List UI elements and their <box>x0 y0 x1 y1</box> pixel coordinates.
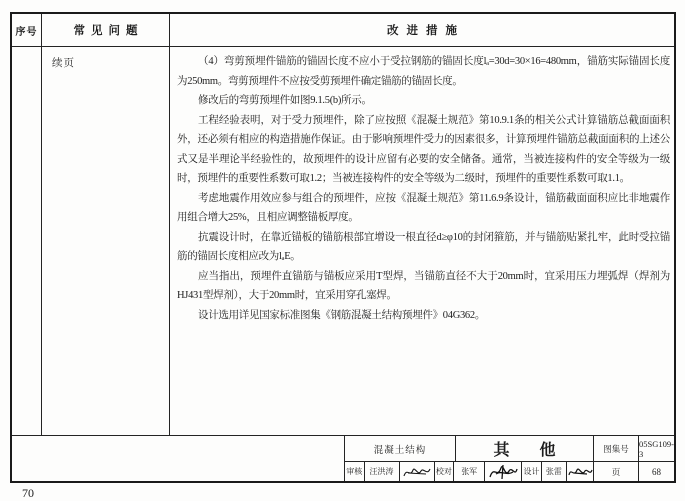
table-body-row: 续页 （4）弯剪预埋件锚筋的锚固长度不应小于受拉钢筋的锚固长度lₐ=30d=30… <box>12 47 674 435</box>
header-common-problems: 常见问题 <box>42 14 170 46</box>
signature-row: 审核 汪洪涛 校对 张军 设计 张雷 <box>345 462 594 481</box>
title-block-right: 混凝土结构 其 他 图集号 05SG109-3 审核 汪洪涛 校对 张军 <box>345 436 674 481</box>
measures-cell: （4）弯剪预埋件锚筋的锚固长度不应小于受拉钢筋的锚固长度lₐ=30d=30×16… <box>170 47 674 435</box>
measure-paragraph: 工程经验表明，对于受力预埋件，除了应按照《混凝土规范》第10.9.1条的相关公式… <box>177 111 670 189</box>
atlas-number: 05SG109-3 <box>639 436 674 461</box>
reviewer-signature-scribble <box>400 462 435 481</box>
measure-paragraph: 修改后的弯剪预埋件如图9.1.5(b)所示。 <box>177 91 670 111</box>
section-title: 其 他 <box>456 436 594 461</box>
proofreader-signature-scribble <box>485 462 522 481</box>
table-header-row: 序号 常见问题 改进措施 <box>12 14 674 47</box>
reviewer-name: 汪洪涛 <box>365 462 400 481</box>
designer-label: 设计 <box>522 462 541 481</box>
seq-cell <box>12 47 42 435</box>
header-improvement-measures: 改进措施 <box>170 14 674 46</box>
document-table-frame: 序号 常见问题 改进措施 续页 （4）弯剪预埋件锚筋的锚固长度不应小于受拉钢筋的… <box>10 12 676 483</box>
title-block-bottom-row: 审核 汪洪涛 校对 张军 设计 张雷 <box>345 462 674 481</box>
designer-signature-scribble <box>567 462 594 481</box>
reviewer-label: 审核 <box>345 462 364 481</box>
designer-name: 张雷 <box>542 462 567 481</box>
measure-paragraph: 应当指出，预埋件直锚筋与锚板应采用T型焊，当锚筋直径不大于20mm时，宜采用压力… <box>177 267 670 306</box>
discipline-label: 混凝土结构 <box>345 436 456 461</box>
title-block-top-row: 混凝土结构 其 他 图集号 05SG109-3 <box>345 436 674 462</box>
title-block: 混凝土结构 其 他 图集号 05SG109-3 审核 汪洪涛 校对 张军 <box>12 435 674 481</box>
bottom-page-number: 70 <box>22 486 34 501</box>
page-number: 68 <box>639 462 674 481</box>
title-block-empty-cell <box>12 436 345 481</box>
measure-paragraph: 抗震设计时，在靠近锚板的锚筋根部宜增设一根直径d≥φ10的封闭箍筋，并与锚筋贴紧… <box>177 228 670 267</box>
atlas-no-label: 图集号 <box>594 436 639 461</box>
measure-paragraph: （4）弯剪预埋件锚筋的锚固长度不应小于受拉钢筋的锚固长度lₐ=30d=30×16… <box>177 52 670 91</box>
proofreader-name: 张军 <box>454 462 485 481</box>
problem-cell: 续页 <box>42 47 170 435</box>
page-label: 页 <box>594 462 639 481</box>
proofreader-label: 校对 <box>435 462 454 481</box>
measure-paragraph: 设计选用详见国家标准图集《钢筋混凝土结构预埋件》04G362。 <box>177 306 670 326</box>
header-seq: 序号 <box>12 14 42 46</box>
measure-paragraph: 考虑地震作用效应参与组合的预埋件，应按《混凝土规范》第11.6.9条设计，锚筋截… <box>177 189 670 228</box>
scanned-document-page: 序号 常见问题 改进措施 续页 （4）弯剪预埋件锚筋的锚固长度不应小于受拉钢筋的… <box>0 0 685 501</box>
